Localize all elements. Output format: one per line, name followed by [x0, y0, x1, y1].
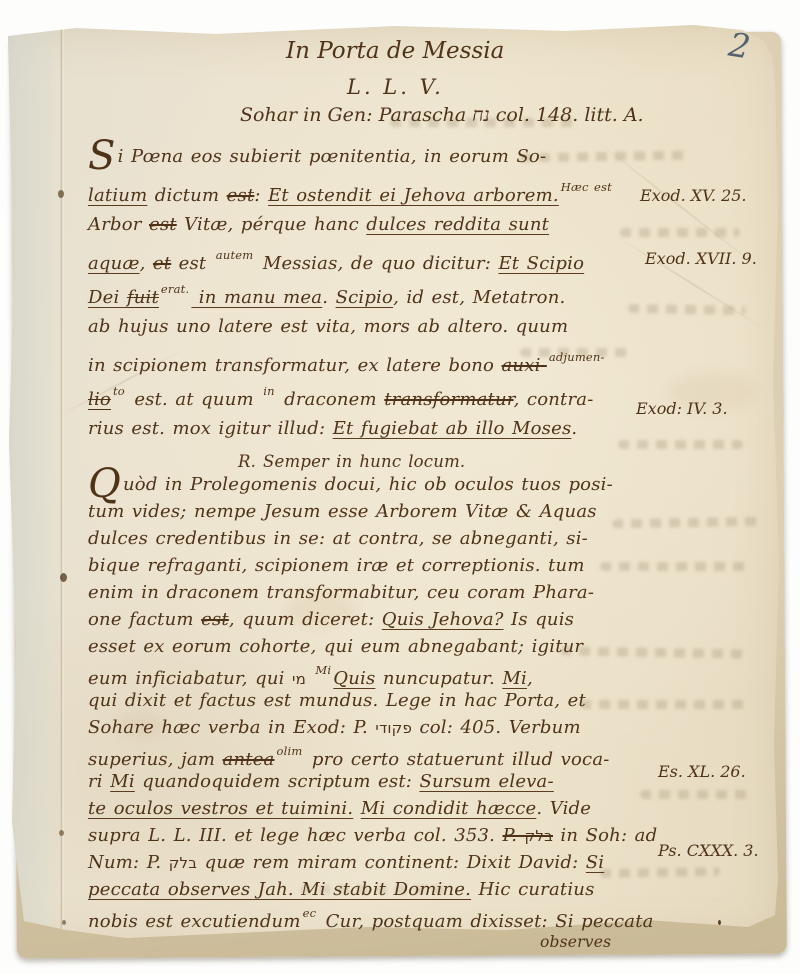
text-segment: Num: P. [88, 852, 169, 873]
text-segment: quæ rem miram continent: Dixit David: [197, 852, 586, 873]
text-segment: ec [303, 906, 317, 920]
text-segment: Sohare hæc verba in Exod: P. [88, 717, 375, 738]
hebrew-text-segment: בלק [169, 854, 197, 872]
text-segment: et [153, 253, 171, 274]
text-segment: Scipio [336, 287, 394, 308]
stitch-hole [62, 920, 66, 925]
manuscript-line: supra L. L. III. et lege hæc verba col. … [88, 825, 648, 852]
text-segment: , [140, 253, 153, 274]
text-segment: P. [503, 825, 525, 846]
manuscript-line: qui dixit et factus est mundus. Lege in … [88, 690, 648, 717]
text-segment: Et ostendit ei Jehova arborem. [268, 185, 559, 206]
text-segment: Vitæ, pérque hanc [177, 214, 367, 235]
text-segment: pro certo statuerunt illud voca- [304, 749, 609, 770]
hebrew-text-segment: מי [292, 670, 306, 688]
text-segment: Messias, de quo dicitur: [255, 253, 498, 274]
manuscript-body: Si Pœna eos subierit pœnitentia, in eoru… [88, 146, 648, 953]
text-segment: Si [586, 852, 605, 873]
text-segment: est. at quum [127, 389, 261, 410]
text-segment: supra L. L. III. et lege hæc verba col. … [88, 825, 503, 846]
text-segment: Mi [502, 668, 527, 689]
text-segment: Dei [88, 287, 127, 308]
manuscript-line: one factum est, quum diceret: Quis Jehov… [88, 609, 648, 636]
header-reference: Sohar in Gen: Parascha נח col. 148. litt… [240, 104, 644, 127]
text-segment: rius est. mox igitur illud: [88, 418, 333, 439]
text-segment: . [571, 418, 577, 439]
text-segment: Et Scipio [498, 253, 584, 274]
text-segment: antea [223, 749, 275, 770]
hebrew-text-segment: פקודי [375, 719, 412, 737]
text-segment: transformatur [384, 389, 513, 410]
ink-speck [718, 920, 721, 925]
manuscript-line: tum vides; nempe Jesum esse Arborem Vitæ… [88, 501, 648, 528]
manuscript-line: enim in draconem transformabitur, ceu co… [88, 582, 648, 609]
text-segment: tum vides; nempe Jesum esse Arborem Vitæ… [88, 501, 597, 522]
text-segment: qui dixit et factus est mundus. Lege in … [88, 690, 586, 711]
text-segment: Quis Jehova? [382, 609, 504, 630]
manuscript-line: lioto est. at quum in draconem transform… [88, 384, 648, 418]
margin-note: Exod. XV. 25. [640, 186, 747, 205]
hebrew-text-segment: בלק [525, 827, 553, 845]
margin-note: Ps. CXXX. 3. [658, 841, 759, 860]
text-segment: est [149, 214, 177, 235]
text-segment: , contra- [514, 389, 594, 410]
text-segment: , [527, 668, 533, 689]
manuscript-line: R. Semper in hunc locum. [88, 452, 648, 474]
manuscript-line: superius, jam anteaolim pro certo statue… [88, 744, 648, 771]
text-segment: , quum diceret: [229, 609, 382, 630]
text-segment: col: 405. Verbum [412, 717, 581, 738]
manuscript-line: ab hujus uno latere est vita, mors ab al… [88, 316, 648, 350]
text-segment: ri [88, 771, 110, 792]
manuscript-line: esset ex eorum cohorte, qui eum abnegaba… [88, 636, 648, 663]
page-gutter [6, 22, 62, 952]
manuscript-line: nobis est excutiendumec Cur, postquam di… [88, 906, 648, 933]
manuscript-line: Si Pœna eos subierit pœnitentia, in eoru… [88, 146, 648, 180]
text-segment: nuncupatur. [375, 668, 502, 689]
catchword: observes [88, 933, 648, 953]
text-segment: Cur, postquam dixisset: Si peccata [318, 911, 653, 932]
text-segment: in Soh: ad [553, 825, 657, 846]
text-segment: quandoquidem scriptum est: [135, 771, 420, 792]
text-segment: autem [216, 248, 254, 262]
manuscript-line: te oculos vestros et tuimini. Mi condidi… [88, 798, 648, 825]
manuscript-line: Arbor est Vitæ, pérque hanc dulces reddi… [88, 214, 648, 248]
header-series: L. L. V. [347, 75, 444, 99]
text-segment: uòd in Prolegomenis docui, hic ob oculos… [123, 474, 613, 495]
text-segment [353, 798, 360, 819]
text-segment: eum inficiabatur, qui [88, 668, 292, 689]
text-segment: Hic curatius [471, 879, 594, 900]
text-segment: adjumen- [549, 350, 605, 364]
text-segment: : [254, 185, 268, 206]
text-segment: est [201, 609, 229, 630]
manuscript-line: latium dictum est: Et ostendit ei Jehova… [88, 180, 648, 214]
text-segment: superius, jam [88, 749, 223, 770]
manuscript-line: Dei fuiterat. in manu mea. Scipio, id es… [88, 282, 648, 316]
manuscript-line: Num: P. בלק quæ rem miram continent: Dix… [88, 852, 648, 879]
text-segment: est [171, 253, 214, 274]
manuscript-line: Sohare hæc verba in Exod: P. פקודי col: … [88, 717, 648, 744]
text-segment: in manu mea [191, 287, 322, 308]
stitch-hole [60, 573, 67, 582]
text-segment [306, 668, 313, 689]
text-segment: peccata observes Jah. Mi stabit Domine. [88, 879, 471, 900]
text-segment: erat. [161, 282, 189, 296]
manuscript-line: in scipionem transformatur, ex latere bo… [88, 350, 648, 384]
stitch-hole [59, 830, 64, 836]
text-segment: S [88, 133, 116, 179]
text-segment: dictum [147, 185, 226, 206]
bleed-through-text [640, 790, 750, 799]
text-segment: esset ex eorum cohorte, qui eum abnegaba… [88, 636, 583, 657]
manuscript-line: bique refraganti, scipionem iræ et corre… [88, 555, 648, 582]
text-segment: Et fugiebat ab illo Moses [333, 418, 572, 439]
manuscript-line: eum inficiabatur, qui מי MiQuis nuncupat… [88, 663, 648, 690]
text-segment: in scipionem transformatur, ex latere bo… [88, 355, 502, 376]
text-segment: draconem [277, 389, 385, 410]
text-segment: . [322, 287, 335, 308]
text-segment: in [263, 384, 275, 398]
text-segment: bique refraganti, scipionem iræ et corre… [88, 555, 585, 576]
text-segment: R. Semper in hunc locum. [238, 452, 465, 471]
text-segment: est [227, 185, 255, 206]
text-segment: Mi condidit hæcce [361, 798, 537, 819]
manuscript-line: ri Mi quandoquidem scriptum est: Sursum … [88, 771, 648, 798]
text-segment: observes [540, 933, 611, 951]
text-segment: nobis est excutiendum [88, 911, 301, 932]
binding-fold [60, 22, 64, 952]
text-segment: aquæ [88, 253, 140, 274]
text-segment: ab hujus uno latere est vita, mors ab al… [88, 316, 568, 337]
text-segment: Arbor [88, 214, 149, 235]
text-segment: i Pœna eos subierit pœnitentia, in eorum… [118, 146, 547, 167]
text-segment: olim [277, 744, 303, 758]
text-segment: te oculos vestros et tuimini. [88, 798, 353, 819]
page-title: In Porta de Messia [286, 38, 504, 64]
margin-note: Exod. XVII. 9. [645, 249, 757, 268]
text-segment: Mi [315, 663, 331, 677]
scanned-manuscript: 2 In Porta de Messia L. L. V. Sohar in G… [0, 0, 800, 973]
text-segment: one factum [88, 609, 201, 630]
text-segment: Mi [110, 771, 135, 792]
manuscript-line: Quòd in Prolegomenis docui, hic ob oculo… [88, 474, 648, 501]
text-segment: to [113, 384, 125, 398]
text-segment: lio [88, 389, 111, 410]
text-segment: . Vide [536, 798, 591, 819]
text-segment: , id est, Metatron. [393, 287, 565, 308]
manuscript-line: aquæ, et est autem Messias, de quo dicit… [88, 248, 648, 282]
text-segment: Sursum eleva- [419, 771, 553, 792]
manuscript-line: dulces credentibus in se: at contra, se … [88, 528, 648, 555]
text-segment: dulces reddita sunt [366, 214, 549, 235]
manuscript-line: peccata observes Jah. Mi stabit Domine. … [88, 879, 648, 906]
stitch-hole [58, 190, 64, 198]
text-segment: Hæc est [561, 180, 612, 194]
text-segment: enim in draconem transformabitur, ceu co… [88, 582, 594, 603]
text-segment: auxi- [502, 355, 547, 376]
margin-note: Es. XL. 26. [658, 762, 746, 781]
text-segment: latium [88, 185, 147, 206]
text-segment: Quis [333, 668, 375, 689]
manuscript-line: rius est. mox igitur illud: Et fugiebat … [88, 418, 648, 452]
text-segment: dulces credentibus in se: at contra, se … [88, 528, 588, 549]
text-segment: fuit [127, 287, 159, 308]
text-segment: Is quis [504, 609, 575, 630]
margin-note: Exod: IV. 3. [636, 399, 728, 418]
